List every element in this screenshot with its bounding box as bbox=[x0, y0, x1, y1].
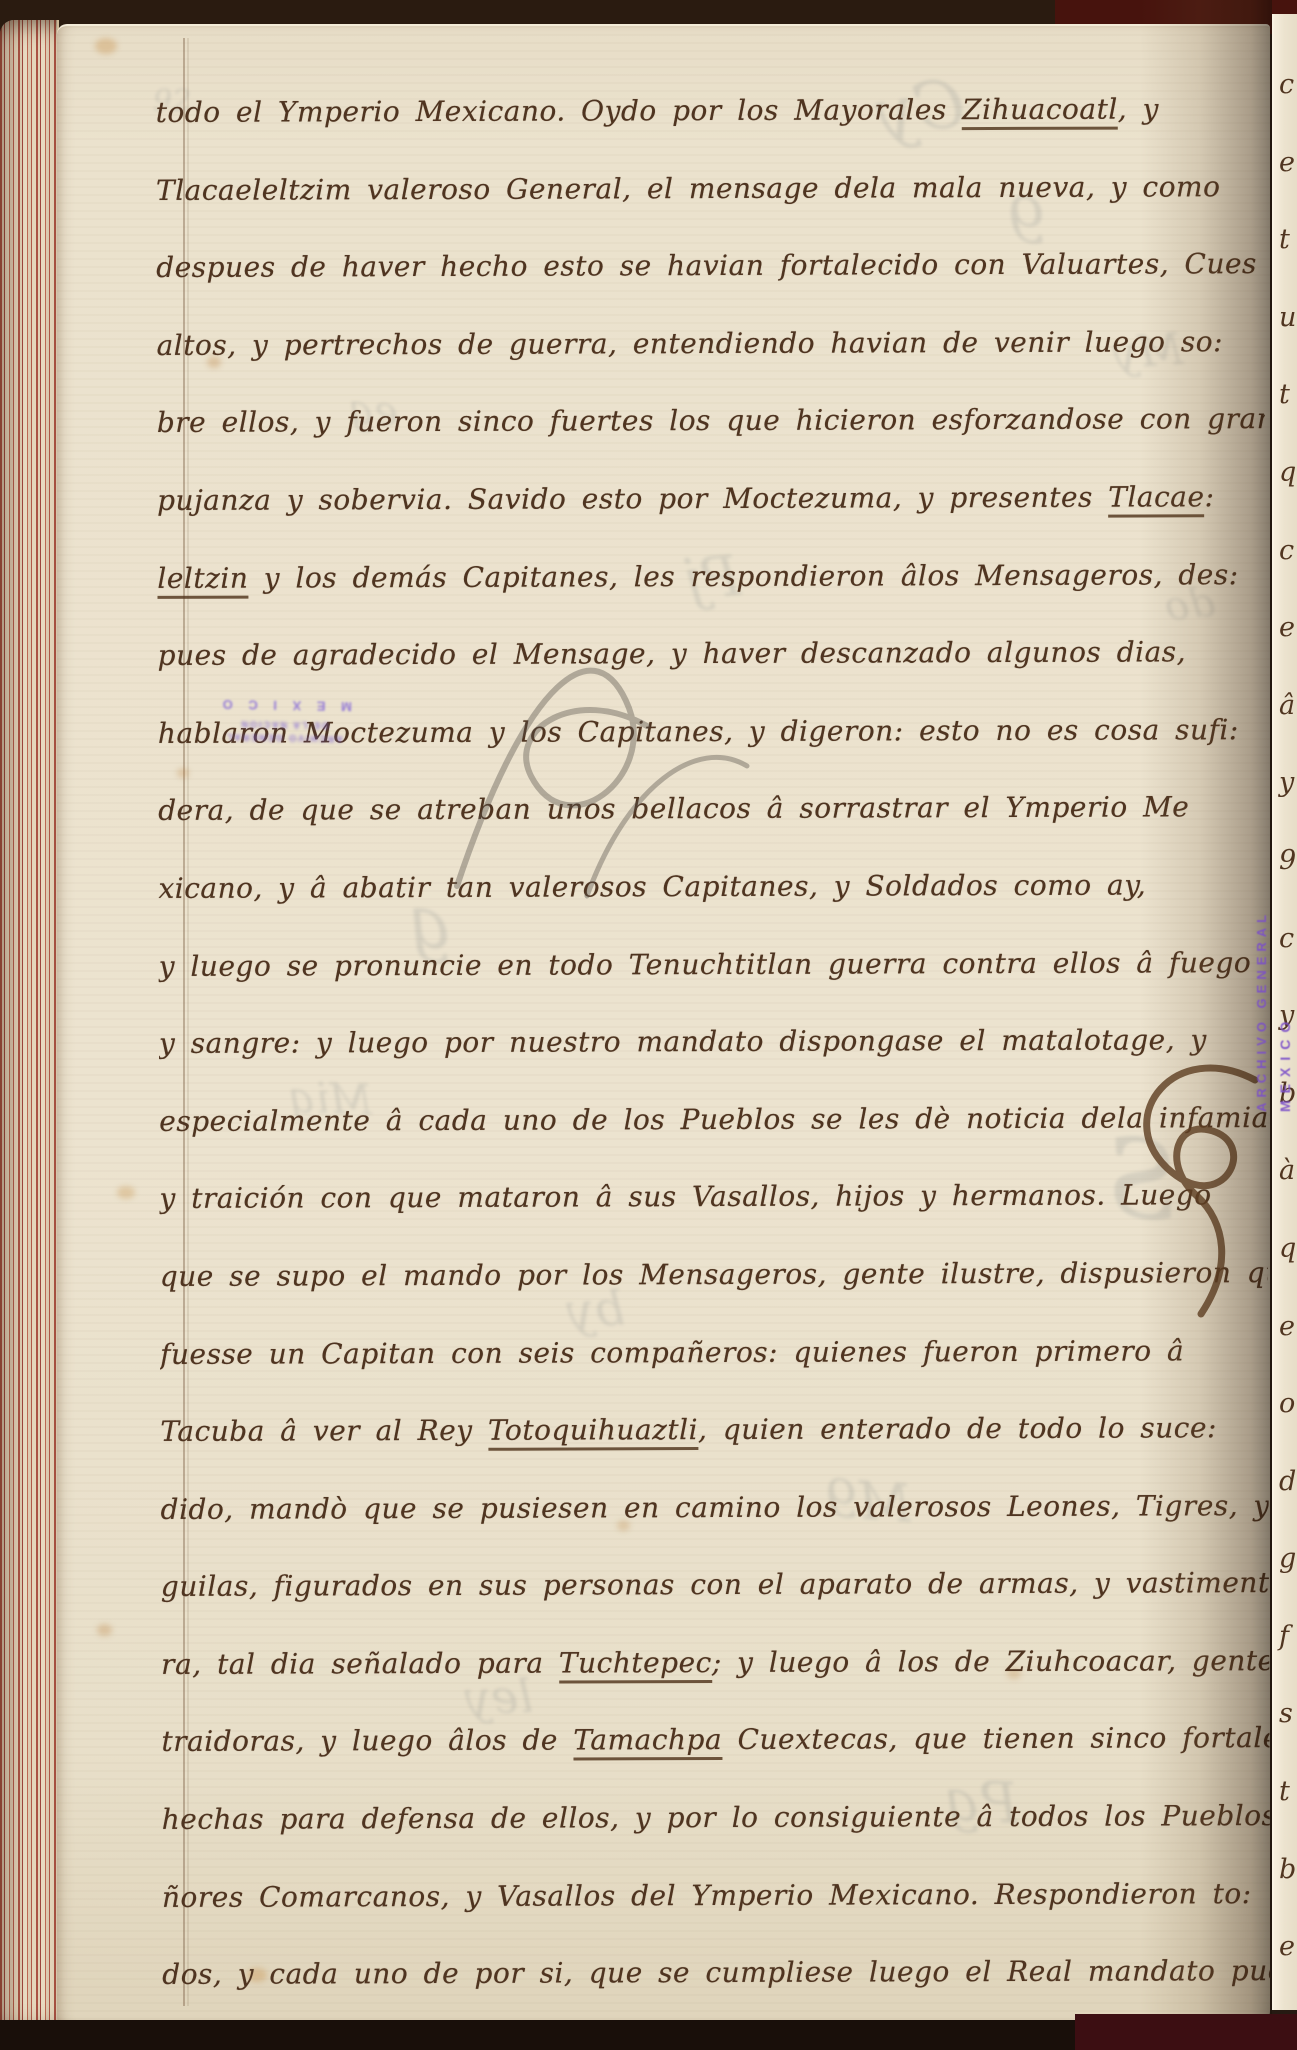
manuscript-page: 92Cy9MyegPjdogMigSbyM9leyPg todo el Ympe… bbox=[57, 24, 1270, 2032]
manuscript-line: despues de haver hecho esto se havian fo… bbox=[156, 225, 1264, 306]
letter-fragment: c bbox=[1279, 46, 1297, 124]
letter-fragment: e bbox=[1279, 1908, 1297, 1986]
letter-fragment: q bbox=[1279, 434, 1297, 512]
handwritten-text: Tlacaeleltzim valeroso General, el mensa… bbox=[156, 170, 1221, 207]
red-speckled-fore-edge bbox=[0, 20, 59, 2040]
manuscript-text: todo el Ymperio Mexicano. Oydo por los M… bbox=[156, 70, 1271, 2024]
letter-fragment: s bbox=[1279, 1675, 1297, 1753]
manuscript-line: fuesse un Capitan con seis compañeros: q… bbox=[160, 1312, 1268, 1393]
letter-fragment: f bbox=[1279, 1598, 1297, 1676]
handwritten-text: pues de agradecido el Mensage, y haver d… bbox=[158, 636, 1186, 673]
handwritten-text: guilas, figurados en sus personas con el… bbox=[161, 1566, 1271, 1603]
stamp-text: M E X I C O bbox=[199, 697, 369, 715]
manuscript-line: xicano, y â abatir tan valerosos Capitan… bbox=[158, 846, 1266, 927]
manuscript-line: dos, y cada uno de por si, que se cumpli… bbox=[162, 1932, 1270, 2013]
handwritten-text: altos, y pertrechos de guerra, entendien… bbox=[156, 325, 1223, 362]
manuscript-line: leltzin y los demás Capitanes, les respo… bbox=[157, 536, 1265, 617]
handwritten-text: dido, mandò que se pusiesen en camino lo… bbox=[161, 1489, 1271, 1526]
handwritten-text: pujanza y sobervia. Savido esto por Moct… bbox=[157, 481, 1108, 517]
foxing-stain bbox=[95, 38, 117, 54]
underlined-word: leltzin bbox=[157, 561, 248, 598]
handwritten-text: ; y luego â los de Ziuhcoacar, gentes bbox=[712, 1644, 1271, 1679]
letter-fragment: e bbox=[1279, 589, 1297, 667]
handwritten-text: despues de haver hecho esto se havian fo… bbox=[156, 247, 1257, 284]
handwritten-text: ra, tal dia señalado para bbox=[161, 1646, 559, 1680]
manuscript-line: pujanza y sobervia. Savido esto por Moct… bbox=[157, 458, 1265, 539]
handwritten-text: , quien enterado de todo lo suce: bbox=[698, 1411, 1217, 1446]
manuscript-line: todo el Ymperio Mexicano. Oydo por los M… bbox=[156, 70, 1264, 151]
handwritten-text: : bbox=[1204, 480, 1214, 513]
handwritten-text: dera, de que se atreban unos bellacos â … bbox=[158, 791, 1189, 828]
handwritten-text: Tacuba â ver al Rey bbox=[160, 1414, 488, 1448]
manuscript-line: especialmente â cada uno de los Pueblos … bbox=[159, 1079, 1267, 1160]
letter-fragment: o bbox=[1279, 1365, 1297, 1443]
letter-fragment: t bbox=[1279, 201, 1297, 279]
manuscript-line: hechas para defensa de ellos, y por lo c… bbox=[162, 1777, 1270, 1858]
handwritten-text: fuesse un Capitan con seis compañeros: q… bbox=[160, 1334, 1184, 1371]
manuscript-line: bre ellos, y fueron sinco fuertes los qu… bbox=[157, 380, 1265, 461]
manuscript-line: dera, de que se atreban unos bellacos â … bbox=[158, 768, 1266, 849]
manuscript-line: guilas, figurados en sus personas con el… bbox=[161, 1544, 1269, 1625]
handwritten-text: traidoras, y luego âlos de bbox=[161, 1724, 573, 1758]
foxing-stain bbox=[117, 1186, 135, 1199]
underlined-word: Tlacae bbox=[1108, 480, 1204, 517]
handwritten-text: todo el Ymperio Mexicano. Oydo por los M… bbox=[156, 93, 963, 129]
library-stamp: ARCHIVO GENERAL DE LA NACION M E X I C O bbox=[199, 697, 370, 746]
manuscript-line: y traición con que mataron â sus Vasallo… bbox=[159, 1156, 1267, 1237]
handwritten-text: hechas para defensa de ellos, y por lo c… bbox=[162, 1799, 1271, 1836]
letter-fragment: t bbox=[1279, 356, 1297, 434]
underlined-word: Tamachpa bbox=[573, 1723, 722, 1761]
underlined-word: Totoquihuaztli bbox=[488, 1413, 698, 1451]
handwritten-text: especialmente â cada uno de los Pueblos … bbox=[159, 1101, 1269, 1138]
letter-fragment: g bbox=[1279, 1520, 1297, 1598]
handwritten-text: y luego se pronuncie en todo Tenuchtitla… bbox=[159, 946, 1252, 983]
handwritten-text: , y bbox=[1118, 92, 1159, 125]
letter-fragment: q bbox=[1279, 1210, 1297, 1288]
manuscript-line: ñores Comarcanos, y Vasallos del Ymperio… bbox=[162, 1855, 1270, 1936]
manuscript-line: y sangre: y luego por nuestro mandato di… bbox=[159, 1001, 1267, 1082]
book-cover-bottom bbox=[1075, 2014, 1297, 2050]
book-photograph: 92Cy9MyegPjdogMigSbyM9leyPg todo el Ympe… bbox=[0, 0, 1297, 2050]
manuscript-line: traidoras, y luego âlos de Tamachpa Cuex… bbox=[161, 1700, 1269, 1781]
letter-fragment: â bbox=[1279, 667, 1297, 745]
stamp-text: ARCHIVO GENERAL bbox=[1251, 762, 1273, 1112]
manuscript-line: pues de agradecido el Mensage, y haver d… bbox=[157, 613, 1265, 694]
manuscript-line: Tlacaeleltzim valeroso General, el mensa… bbox=[156, 148, 1264, 229]
handwritten-text: y traición con que mataron â sus Vasallo… bbox=[159, 1179, 1211, 1216]
stamp-text: MEXICO bbox=[1273, 762, 1297, 1112]
letter-fragment: e bbox=[1279, 124, 1297, 202]
handwritten-text: que se supo el mando por los Mensageros,… bbox=[160, 1256, 1271, 1293]
letter-fragment: e bbox=[1279, 1288, 1297, 1366]
letter-fragment: à bbox=[1279, 1132, 1297, 1210]
manuscript-line: que se supo el mando por los Mensageros,… bbox=[160, 1234, 1268, 1315]
handwritten-text: y sangre: y luego por nuestro mandato di… bbox=[159, 1023, 1207, 1060]
underlined-word: Tuchtepec bbox=[559, 1646, 712, 1684]
foxing-stain bbox=[97, 1624, 112, 1636]
letter-fragment: u bbox=[1279, 279, 1297, 357]
letter-fragment: c bbox=[1279, 512, 1297, 590]
manuscript-line: y luego se pronuncie en todo Tenuchtitla… bbox=[159, 924, 1267, 1005]
handwritten-text: ñores Comarcanos, y Vasallos del Ymperio… bbox=[162, 1877, 1252, 1914]
manuscript-line: altos, y pertrechos de guerra, entendien… bbox=[156, 303, 1264, 384]
archive-stamp-vertical: ARCHIVO GENERAL MEXICO bbox=[1251, 762, 1297, 1112]
manuscript-line: dido, mandò que se pusiesen en camino lo… bbox=[160, 1467, 1268, 1548]
underlined-word: Zihuacoatl bbox=[962, 93, 1118, 131]
manuscript-line: ra, tal dia señalado para Tuchtepec; y l… bbox=[161, 1622, 1269, 1703]
handwritten-text: bre ellos, y fueron sinco fuertes los qu… bbox=[157, 402, 1271, 439]
handwritten-text: Cuextecas, que tienen sinco fortalezas bbox=[722, 1721, 1270, 1756]
manuscript-line: Tacuba â ver al Rey Totoquihuaztli, quie… bbox=[160, 1389, 1268, 1470]
handwritten-text: xicano, y â abatir tan valerosos Capitan… bbox=[158, 868, 1146, 904]
handwritten-text: dos, y cada uno de por si, que se cumpli… bbox=[162, 1954, 1270, 1991]
letter-fragment: b bbox=[1279, 1831, 1297, 1909]
letter-fragment: t bbox=[1279, 1753, 1297, 1831]
handwritten-text: y los demás Capitanes, les respondieron … bbox=[248, 558, 1238, 594]
letter-fragment: d bbox=[1279, 1443, 1297, 1521]
